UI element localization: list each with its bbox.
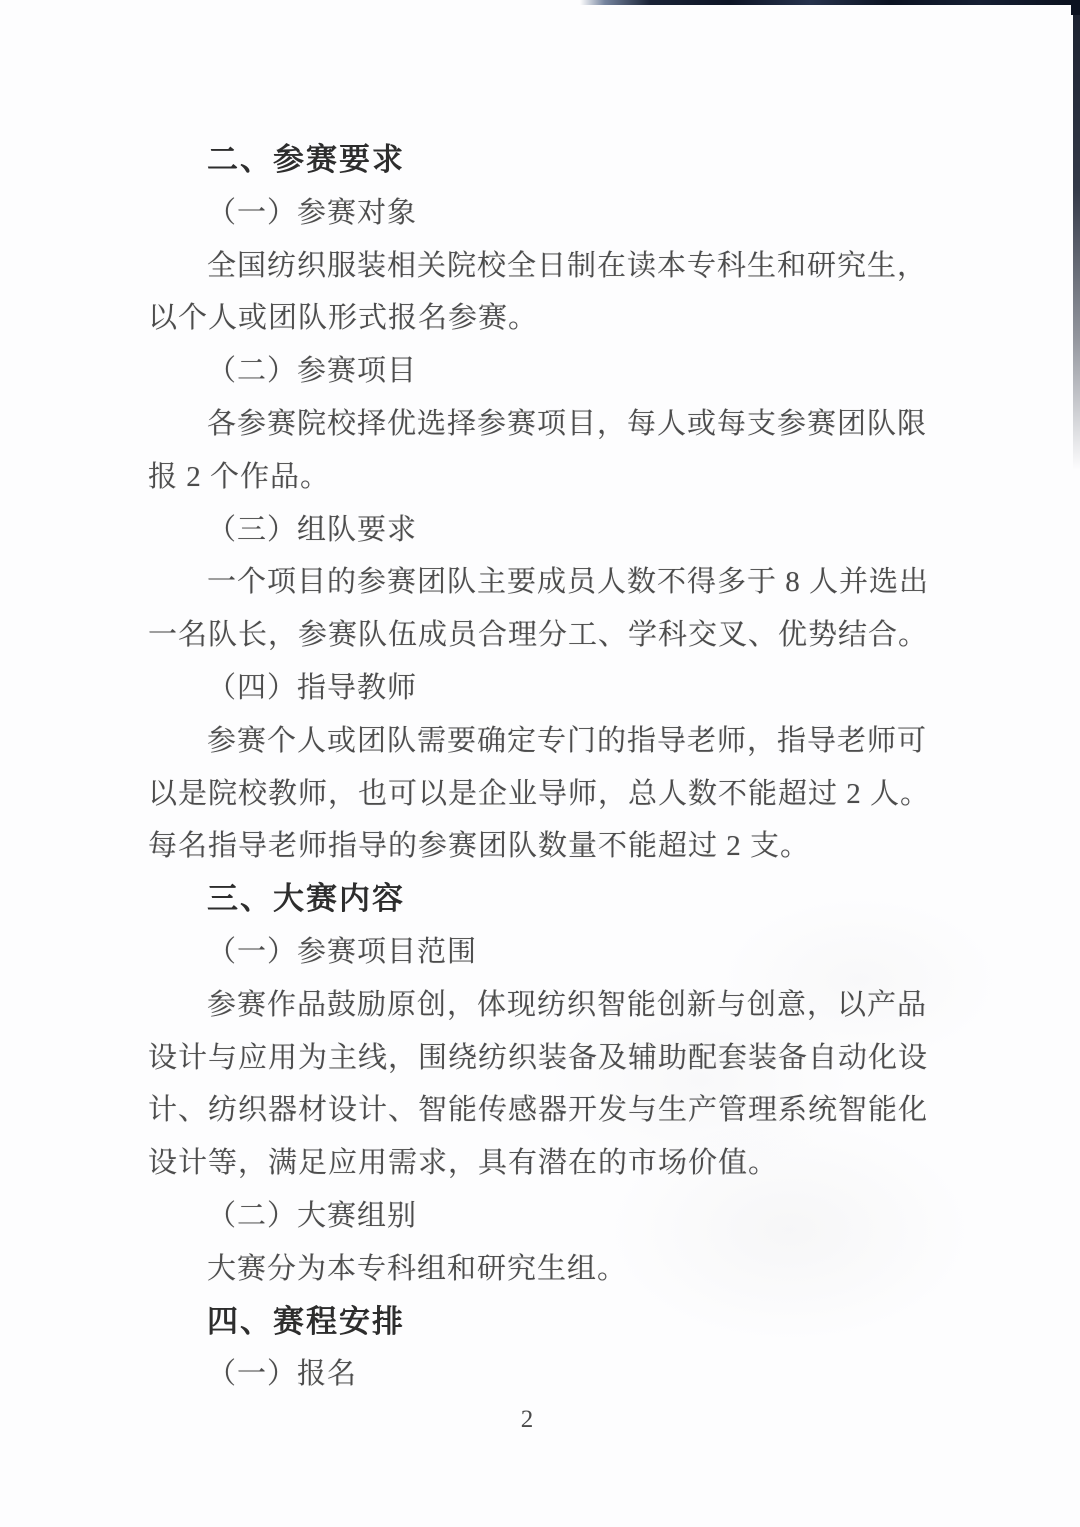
subsection-heading: （一）参赛对象 bbox=[148, 187, 914, 240]
document-body: 二、参赛要求 （一）参赛对象 全国纺织服装相关院校全日制在读本专科生和研究生， … bbox=[148, 134, 914, 1401]
body-line: 一名队长，参赛队伍成员合理分工、学科交叉、优势结合。 bbox=[148, 609, 914, 662]
page-number: 2 bbox=[0, 1406, 1054, 1434]
section-heading-2: 二、参赛要求 bbox=[148, 134, 914, 187]
body-line: 设计与应用为主线，围绕纺织装备及辅助配套装备自动化设 bbox=[148, 1032, 914, 1085]
scan-artifact-top-edge bbox=[580, 0, 1080, 5]
subsection-heading: （四）指导教师 bbox=[148, 662, 914, 715]
body-line: 以是院校教师，也可以是企业导师，总人数不能超过 2 人。 bbox=[148, 768, 914, 821]
subsection-heading: （二）大赛组别 bbox=[148, 1190, 914, 1243]
scan-artifact-right-edge bbox=[1073, 0, 1080, 470]
subsection-heading: （一）报名 bbox=[148, 1348, 914, 1401]
body-line: 报 2 个作品。 bbox=[148, 451, 914, 504]
body-line: 全国纺织服装相关院校全日制在读本专科生和研究生， bbox=[148, 240, 914, 293]
body-line: 参赛个人或团队需要确定专门的指导老师，指导老师可 bbox=[148, 715, 914, 768]
section-heading-4: 四、赛程安排 bbox=[148, 1296, 914, 1349]
body-line: 以个人或团队形式报名参赛。 bbox=[148, 292, 914, 345]
scanned-page: 二、参赛要求 （一）参赛对象 全国纺织服装相关院校全日制在读本专科生和研究生， … bbox=[0, 0, 1080, 1527]
subsection-heading: （三）组队要求 bbox=[148, 504, 914, 557]
body-line: 大赛分为本专科组和研究生组。 bbox=[148, 1243, 914, 1296]
subsection-heading: （一）参赛项目范围 bbox=[148, 926, 914, 979]
body-line: 一个项目的参赛团队主要成员人数不得多于 8 人并选出 bbox=[148, 556, 914, 609]
body-line: 参赛作品鼓励原创，体现纺织智能创新与创意，以产品 bbox=[148, 979, 914, 1032]
body-line: 计、纺织器材设计、智能传感器开发与生产管理系统智能化 bbox=[148, 1084, 914, 1137]
body-line: 每名指导老师指导的参赛团队数量不能超过 2 支。 bbox=[148, 820, 914, 873]
body-line: 设计等，满足应用需求，具有潜在的市场价值。 bbox=[148, 1137, 914, 1190]
subsection-heading: （二）参赛项目 bbox=[148, 345, 914, 398]
scan-artifact-corner bbox=[1071, 0, 1080, 15]
body-line: 各参赛院校择优选择参赛项目，每人或每支参赛团队限 bbox=[148, 398, 914, 451]
section-heading-3: 三、大赛内容 bbox=[148, 873, 914, 926]
